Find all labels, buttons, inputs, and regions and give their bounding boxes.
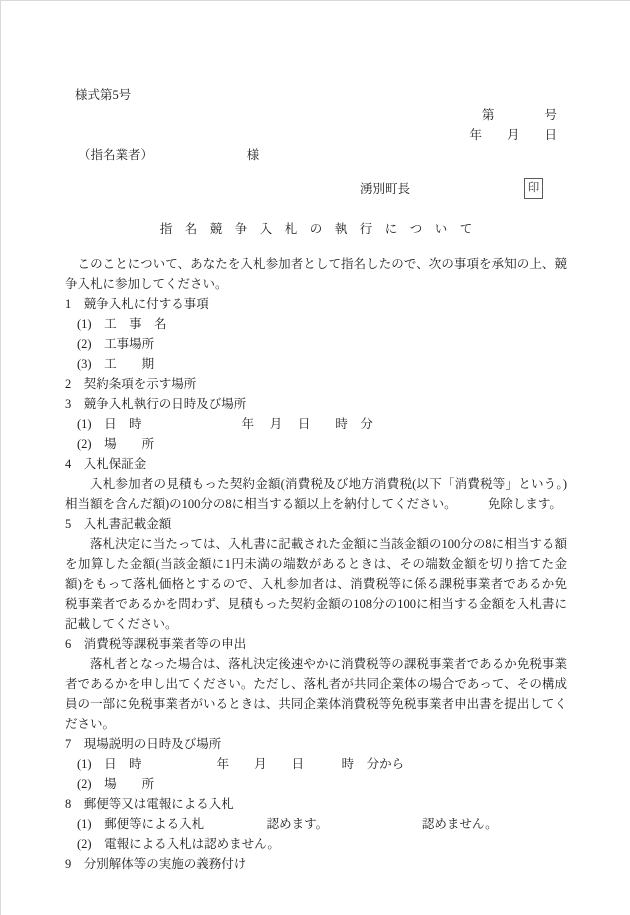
section-8-heading: 8 郵便等又は電報による入札 [65,794,567,814]
intro-paragraph: このことについて、あなたを入札参加者として指名したので、次の事項を承知の上、競争… [65,254,567,294]
section-3-heading: 3 競争入札執行の日時及び場所 [65,394,567,414]
sender-name: 湧別町長 [360,179,410,199]
section-2-heading: 2 契約条項を示す場所 [65,374,567,394]
section-6-body: 落札者となった場合は、落札決定後速やかに消費税等の課税事業者であるか免税事業者で… [65,654,567,734]
sender-line: 湧別町長 印 [65,179,567,199]
section-1-item-1: (1) 工 事 名 [65,314,567,334]
section-5-body: 落札決定に当たっては、入札書に記載された金額に当該金額の100分の8に相当する額… [65,534,567,634]
document-title: 指 名 競 争 入 札 の 執 行 に つ い て [65,219,567,239]
section-7-heading: 7 現場説明の日時及び場所 [65,734,567,754]
seal-stamp: 印 [524,178,543,199]
section-6-heading: 6 消費税等課税事業者等の申出 [65,634,567,654]
section-5-heading: 5 入札書記載金額 [65,514,567,534]
document-page: 様式第5号 第 号 年 月 日 （指名業者） 様 湧別町長 印 指 名 競 争 … [0,0,630,915]
section-8-item-1: (1) 郵便等による入札 認めます。 認めません。 [65,814,567,834]
section-1-item-3: (3) 工 期 [65,354,567,374]
section-1-heading: 1 競争入札に付する事項 [65,294,567,314]
section-4-body: 入札参加者の見積もった契約金額(消費税及び地方消費税(以下「消費税等」という。)… [65,474,567,514]
date-line: 年 月 日 [65,125,567,145]
section-7-item-1: (1) 日 時 年 月 日 時 分から [65,754,567,774]
section-3-item-1: (1) 日 時 年 月 日 時 分 [65,414,567,434]
section-3-item-2: (2) 場 所 [65,434,567,454]
section-8-item-2: (2) 電報による入札は認めません。 [65,834,567,854]
section-9-heading: 9 分別解体等の実施の義務付け [65,854,567,874]
addressee-line: （指名業者） 様 [65,145,567,165]
section-1-item-2: (2) 工事場所 [65,334,567,354]
reference-number-line: 第 号 [65,105,567,125]
document-content: 様式第5号 第 号 年 月 日 （指名業者） 様 湧別町長 印 指 名 競 争 … [1,1,630,874]
section-7-item-2: (2) 場 所 [65,774,567,794]
form-number: 様式第5号 [65,85,567,105]
section-4-heading: 4 入札保証金 [65,454,567,474]
